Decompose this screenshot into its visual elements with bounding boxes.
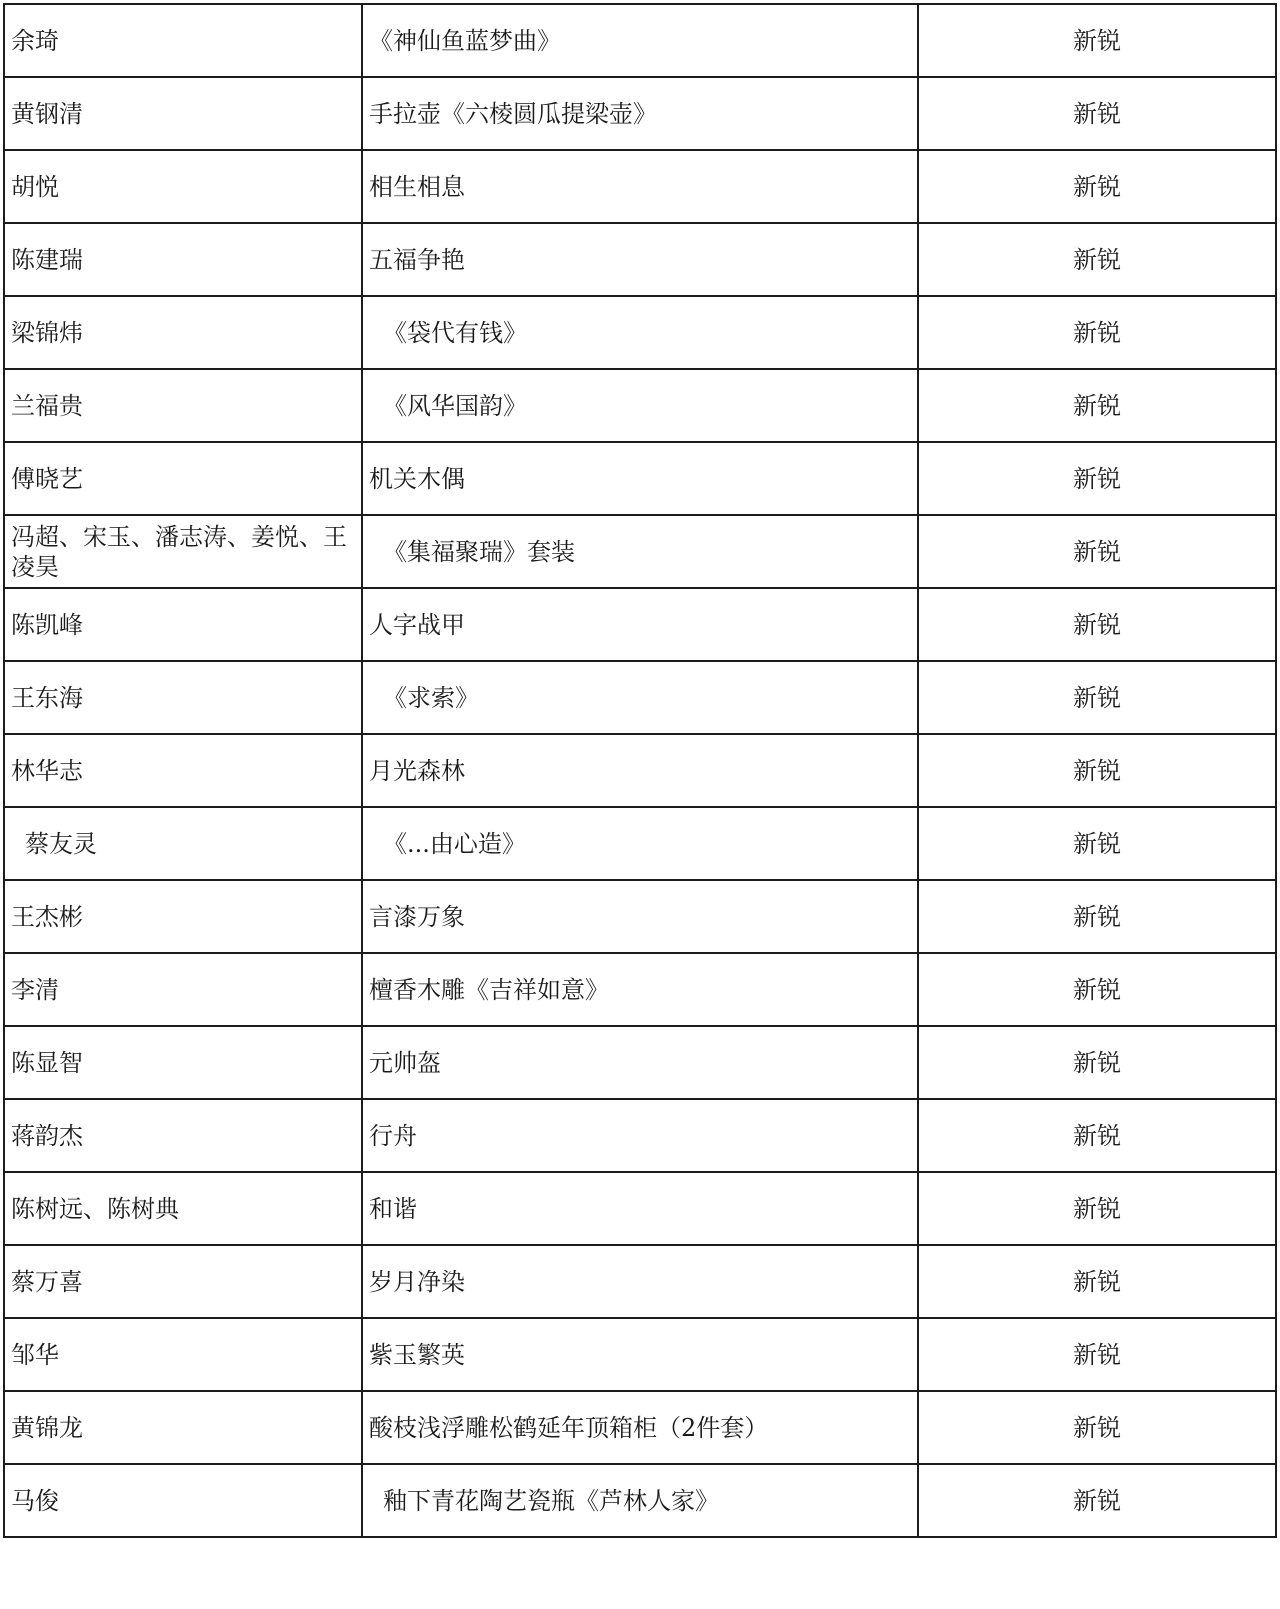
table-body: 余琦 《神仙鱼蓝梦曲》 新锐 黄钢清 手拉壶《六棱圆瓜提梁壶》 新锐 胡悦 相生… xyxy=(4,4,1276,1537)
award-level-cell: 新锐 xyxy=(918,1172,1276,1245)
table-row: 蔡友灵 《...由心造》 新锐 xyxy=(4,807,1276,880)
table-row: 马俊 釉下青花陶艺瓷瓶《芦林人家》 新锐 xyxy=(4,1464,1276,1537)
award-level-cell: 新锐 xyxy=(918,1464,1276,1537)
award-level-cell: 新锐 xyxy=(918,4,1276,77)
author-cell: 黄锦龙 xyxy=(4,1391,362,1464)
author-cell: 黄钢清 xyxy=(4,77,362,150)
author-cell: 余琦 xyxy=(4,4,362,77)
work-title-cell: 《求索》 xyxy=(362,661,918,734)
table-row: 兰福贵 《风华国韵》 新锐 xyxy=(4,369,1276,442)
table-row: 王杰彬 言漆万象 新锐 xyxy=(4,880,1276,953)
table-row: 陈凯峰 人字战甲 新锐 xyxy=(4,588,1276,661)
author-cell: 胡悦 xyxy=(4,150,362,223)
table-row: 李清 檀香木雕《吉祥如意》 新锐 xyxy=(4,953,1276,1026)
table-row: 黄锦龙 酸枝浅浮雕松鹤延年顶箱柜（2件套） 新锐 xyxy=(4,1391,1276,1464)
table-row: 陈建瑞 五福争艳 新锐 xyxy=(4,223,1276,296)
author-cell: 梁锦炜 xyxy=(4,296,362,369)
author-cell: 邹华 xyxy=(4,1318,362,1391)
work-title-cell: 酸枝浅浮雕松鹤延年顶箱柜（2件套） xyxy=(362,1391,918,1464)
award-level-cell: 新锐 xyxy=(918,661,1276,734)
work-title-cell: 《风华国韵》 xyxy=(362,369,918,442)
table-row: 蒋韵杰 行舟 新锐 xyxy=(4,1099,1276,1172)
work-title-cell: 五福争艳 xyxy=(362,223,918,296)
author-cell: 陈树远、陈树典 xyxy=(4,1172,362,1245)
award-level-cell: 新锐 xyxy=(918,1245,1276,1318)
table-row: 王东海 《求索》 新锐 xyxy=(4,661,1276,734)
work-title-cell: 岁月净染 xyxy=(362,1245,918,1318)
author-cell: 陈建瑞 xyxy=(4,223,362,296)
table-row: 陈树远、陈树典 和谐 新锐 xyxy=(4,1172,1276,1245)
award-level-cell: 新锐 xyxy=(918,442,1276,515)
award-level-cell: 新锐 xyxy=(918,734,1276,807)
author-cell: 李清 xyxy=(4,953,362,1026)
work-title-cell: 手拉壶《六棱圆瓜提梁壶》 xyxy=(362,77,918,150)
table-row: 陈显智 元帅盔 新锐 xyxy=(4,1026,1276,1099)
award-level-cell: 新锐 xyxy=(918,1391,1276,1464)
work-title-cell: 《...由心造》 xyxy=(362,807,918,880)
award-level-cell: 新锐 xyxy=(918,807,1276,880)
work-title-cell: 月光森林 xyxy=(362,734,918,807)
author-cell: 陈显智 xyxy=(4,1026,362,1099)
author-cell: 冯超、宋玉、潘志涛、姜悦、王凌昊 xyxy=(4,515,362,588)
table-row: 邹华 紫玉繁英 新锐 xyxy=(4,1318,1276,1391)
award-level-cell: 新锐 xyxy=(918,880,1276,953)
author-cell: 蒋韵杰 xyxy=(4,1099,362,1172)
work-title-cell: 行舟 xyxy=(362,1099,918,1172)
award-level-cell: 新锐 xyxy=(918,515,1276,588)
work-title-cell: 釉下青花陶艺瓷瓶《芦林人家》 xyxy=(362,1464,918,1537)
author-cell: 林华志 xyxy=(4,734,362,807)
award-level-cell: 新锐 xyxy=(918,369,1276,442)
author-cell: 傅晓艺 xyxy=(4,442,362,515)
table-row: 黄钢清 手拉壶《六棱圆瓜提梁壶》 新锐 xyxy=(4,77,1276,150)
work-title-cell: 檀香木雕《吉祥如意》 xyxy=(362,953,918,1026)
award-level-cell: 新锐 xyxy=(918,223,1276,296)
author-cell: 蔡万喜 xyxy=(4,1245,362,1318)
table-row: 林华志 月光森林 新锐 xyxy=(4,734,1276,807)
table-row: 傅晓艺 机关木偶 新锐 xyxy=(4,442,1276,515)
awards-table: 余琦 《神仙鱼蓝梦曲》 新锐 黄钢清 手拉壶《六棱圆瓜提梁壶》 新锐 胡悦 相生… xyxy=(3,3,1277,1538)
table-row: 梁锦炜 《袋代有钱》 新锐 xyxy=(4,296,1276,369)
author-cell: 兰福贵 xyxy=(4,369,362,442)
work-title-cell: 元帅盔 xyxy=(362,1026,918,1099)
table-row: 胡悦 相生相息 新锐 xyxy=(4,150,1276,223)
work-title-cell: 《袋代有钱》 xyxy=(362,296,918,369)
table-row: 余琦 《神仙鱼蓝梦曲》 新锐 xyxy=(4,4,1276,77)
author-cell: 陈凯峰 xyxy=(4,588,362,661)
award-level-cell: 新锐 xyxy=(918,296,1276,369)
award-level-cell: 新锐 xyxy=(918,150,1276,223)
work-title-cell: 《神仙鱼蓝梦曲》 xyxy=(362,4,918,77)
award-level-cell: 新锐 xyxy=(918,77,1276,150)
work-title-cell: 相生相息 xyxy=(362,150,918,223)
author-cell: 蔡友灵 xyxy=(4,807,362,880)
work-title-cell: 机关木偶 xyxy=(362,442,918,515)
work-title-cell: 人字战甲 xyxy=(362,588,918,661)
work-title-cell: 《集福聚瑞》套装 xyxy=(362,515,918,588)
work-title-cell: 紫玉繁英 xyxy=(362,1318,918,1391)
work-title-cell: 言漆万象 xyxy=(362,880,918,953)
author-cell: 王杰彬 xyxy=(4,880,362,953)
work-title-cell: 和谐 xyxy=(362,1172,918,1245)
table-row: 冯超、宋玉、潘志涛、姜悦、王凌昊 《集福聚瑞》套装 新锐 xyxy=(4,515,1276,588)
author-cell: 马俊 xyxy=(4,1464,362,1537)
award-level-cell: 新锐 xyxy=(918,1099,1276,1172)
award-level-cell: 新锐 xyxy=(918,1318,1276,1391)
table-row: 蔡万喜 岁月净染 新锐 xyxy=(4,1245,1276,1318)
award-level-cell: 新锐 xyxy=(918,953,1276,1026)
award-level-cell: 新锐 xyxy=(918,1026,1276,1099)
author-cell: 王东海 xyxy=(4,661,362,734)
award-level-cell: 新锐 xyxy=(918,588,1276,661)
